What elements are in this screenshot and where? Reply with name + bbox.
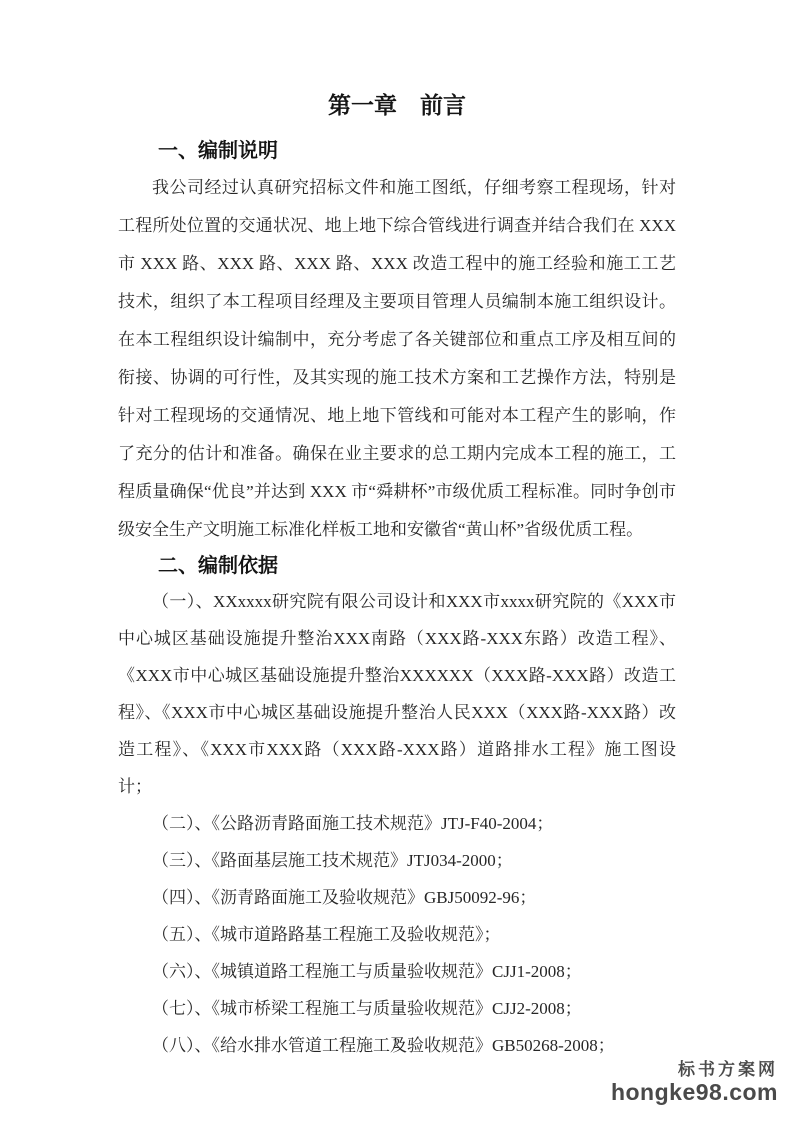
watermark-site-url: hongke98.com	[611, 1080, 778, 1104]
reference-item-1: （一）、XXxxxx研究院有限公司设计和XXX市xxxx研究院的《XXX市中心城…	[118, 583, 676, 805]
section-heading-compilation-notes: 一、编制说明	[118, 136, 676, 166]
reference-item-6: （六）、《城镇道路工程施工与质量验收规范》CJJ1-2008；	[118, 953, 676, 990]
document-page: 第一章 前言 一、编制说明 我公司经过认真研究招标文件和施工图纸，仔细考察工程现…	[0, 0, 793, 1122]
watermark: 标书方案网 hongke98.com	[611, 1060, 778, 1104]
page-number: 2	[0, 1036, 793, 1053]
page-content: 第一章 前言 一、编制说明 我公司经过认真研究招标文件和施工图纸，仔细考察工程现…	[118, 0, 676, 1064]
reference-item-4: （四）、《沥青路面施工及验收规范》GBJ50092-96；	[118, 879, 676, 916]
reference-item-5: （五）、《城市道路路基工程施工及验收规范》；	[118, 916, 676, 953]
reference-item-2: （二）、《公路沥青路面施工技术规范》JTJ-F40-2004；	[118, 805, 676, 842]
chapter-title: 第一章 前言	[118, 0, 676, 122]
watermark-site-name: 标书方案网	[611, 1060, 778, 1080]
reference-item-3: （三）、《路面基层施工技术规范》JTJ034-2000；	[118, 842, 676, 879]
section-heading-compilation-basis: 二、编制依据	[118, 551, 676, 581]
paragraph-compilation-notes: 我公司经过认真研究招标文件和施工图纸，仔细考察工程现场，针对工程所处位置的交通状…	[118, 169, 676, 549]
reference-item-7: （七）、《城市桥梁工程施工与质量验收规范》CJJ2-2008；	[118, 990, 676, 1027]
